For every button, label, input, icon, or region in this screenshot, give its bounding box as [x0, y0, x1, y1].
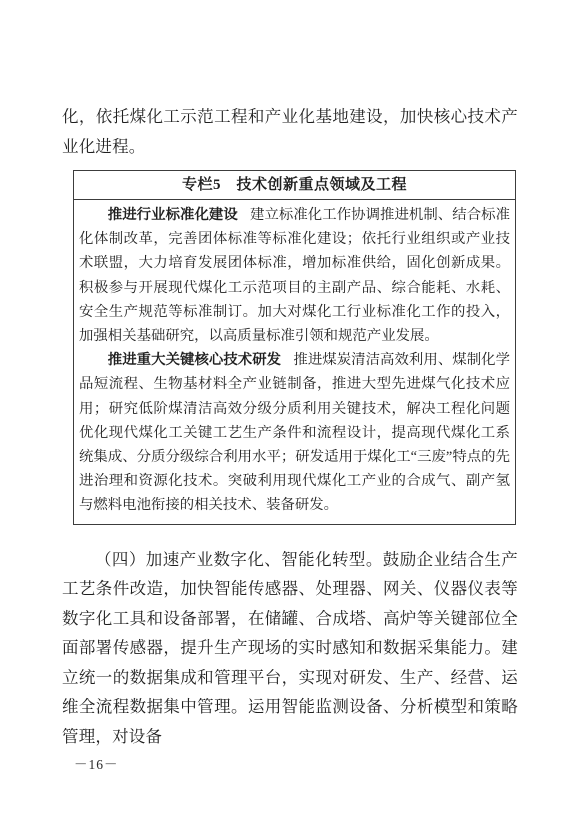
column5-box: 专栏5 技术创新重点领域及工程 推进行业标准化建设建立标准化工作协调推进机制、结…	[73, 170, 516, 525]
paragraph-four: （四）加速产业数字化、智能化转型。鼓励企业结合生产工艺条件改造，加快智能传感器、…	[62, 525, 518, 752]
box-title: 专栏5 技术创新重点领域及工程	[74, 171, 515, 200]
box-section-core-tech: 推进重大关键核心技术研发推进煤炭清洁高效利用、煤制化学品短流程、生物基材料全产业…	[79, 348, 510, 517]
paragraph-four-heading: （四）加速产业数字化、智能化转型。	[95, 550, 383, 569]
paragraph-four-body: 鼓励企业结合生产工艺条件改造，加快智能传感器、处理器、网关、仪器仪表等数字化工具…	[62, 550, 518, 746]
section-body-standardization: 建立标准化工作协调推进机制、结合标准化体制改革，完善团体标准等标准化建设；依托行…	[79, 207, 510, 344]
section-body-core-tech: 推进煤炭清洁高效利用、煤制化学品短流程、生物基材料全产业链制备，推进大型先进煤气…	[79, 352, 510, 513]
section-heading-standardization: 推进行业标准化建设	[108, 207, 238, 223]
box-section-standardization: 推进行业标准化建设建立标准化工作协调推进机制、结合标准化体制改革，完善团体标准等…	[79, 203, 510, 348]
intro-paragraph: 化，依托煤化工示范工程和产业化基地建设，加快核心技术产业化进程。	[62, 102, 518, 161]
box-body: 推进行业标准化建设建立标准化工作协调推进机制、结合标准化体制改革，完善团体标准等…	[74, 200, 515, 524]
page-number: －16－	[74, 753, 119, 773]
section-heading-core-tech: 推进重大关键核心技术研发	[108, 352, 281, 368]
document-page: 化，依托煤化工示范工程和产业化基地建设，加快核心技术产业化进程。 专栏5 技术创…	[0, 0, 578, 818]
